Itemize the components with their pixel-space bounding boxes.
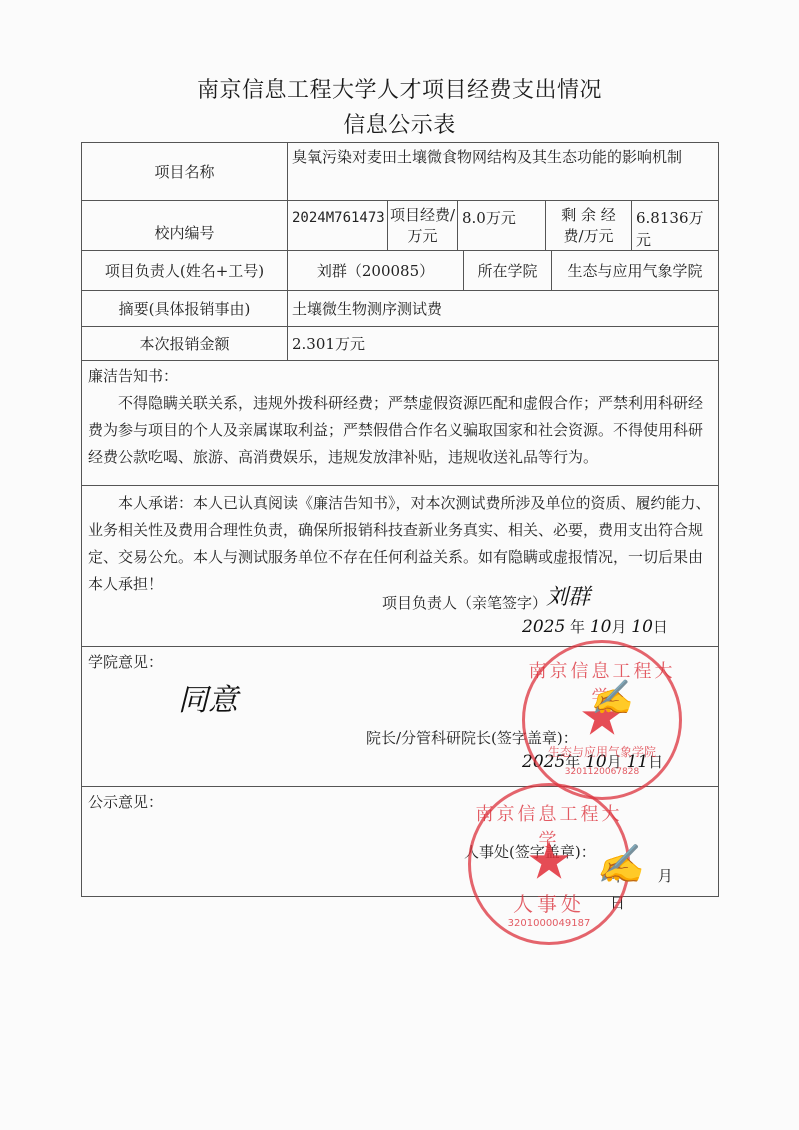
integrity-notice-heading: 廉洁告知书：: [88, 363, 712, 390]
document-title-line1: 南京信息工程大学人才项目经费支出情况: [0, 73, 799, 104]
leader-value: 刘群（200085）: [288, 251, 464, 291]
leader-label: 项目负责人(姓名+工号): [82, 251, 288, 291]
project-funds-value: 8.0万元: [458, 201, 546, 251]
leader-signature: 刘群: [546, 584, 590, 611]
stamp-bottom-text: 人事处: [471, 888, 627, 917]
college-handwritten-opinion: 同意: [178, 687, 238, 714]
commitment-date-month: 10: [590, 617, 612, 637]
commitment-date-year: 2025: [522, 617, 565, 637]
commitment-body: 本人承诺：本人已认真阅读《廉洁告知书》，对本次测试费所涉及单位的资质、履约能力、…: [88, 490, 712, 598]
year-suffix: 年: [570, 618, 585, 636]
stamp-number: 3201120067828: [525, 767, 679, 777]
leader-signature-label: 项目负责人（亲笔签字）: [382, 590, 547, 617]
amount-value: 2.301万元: [288, 327, 718, 361]
day-suffix: 日: [653, 618, 668, 636]
college-seal-stamp: ★ 南京信息工程大学 生态与应用气象学院 3201120067828: [522, 640, 682, 800]
document-title-line2: 信息公示表: [0, 108, 799, 139]
summary-label: 摘要(具体报销事由): [82, 291, 288, 327]
summary-value: 土壤微生物测序测试费: [288, 291, 718, 327]
month-suffix: 月: [658, 867, 673, 885]
dean-signature: ✍: [590, 678, 632, 718]
integrity-notice-section: 廉洁告知书： 不得隐瞒关联关系，违规外拨科研经费；严禁虚假资源匹配和虚假合作；严…: [82, 361, 718, 486]
remaining-funds-label: 剩 余 经费/万元: [546, 201, 632, 251]
project-name-value: 臭氧污染对麦田土壤微食物网结构及其生态功能的影响机制: [288, 143, 718, 201]
integrity-notice-body: 不得隐瞒关联关系，违规外拨科研经费；严禁虚假资源匹配和虚假合作；严禁利用科研经费…: [88, 390, 712, 471]
internal-id-label: 校内编号: [82, 201, 288, 251]
remaining-funds-value: 6.8136万元: [632, 201, 718, 251]
month-suffix: 月: [611, 618, 626, 636]
commitment-date: 2025 年 10月 10日: [522, 614, 668, 641]
internal-id-value: 2024M761473: [288, 201, 388, 251]
stamp-number: 3201000049187: [471, 918, 627, 929]
college-label: 所在学院: [464, 251, 552, 291]
project-funds-label: 项目经费/万元: [388, 201, 458, 251]
amount-label: 本次报销金额: [82, 327, 288, 361]
commitment-date-day: 10: [631, 617, 653, 637]
project-name-label: 项目名称: [82, 143, 288, 201]
college-value: 生态与应用气象学院: [552, 251, 718, 291]
stamp-bottom-text: 生态与应用气象学院: [525, 743, 679, 760]
commitment-section: 本人承诺：本人已认真阅读《廉洁告知书》，对本次测试费所涉及单位的资质、履约能力、…: [82, 486, 718, 647]
hr-signature: ✍: [596, 842, 643, 887]
